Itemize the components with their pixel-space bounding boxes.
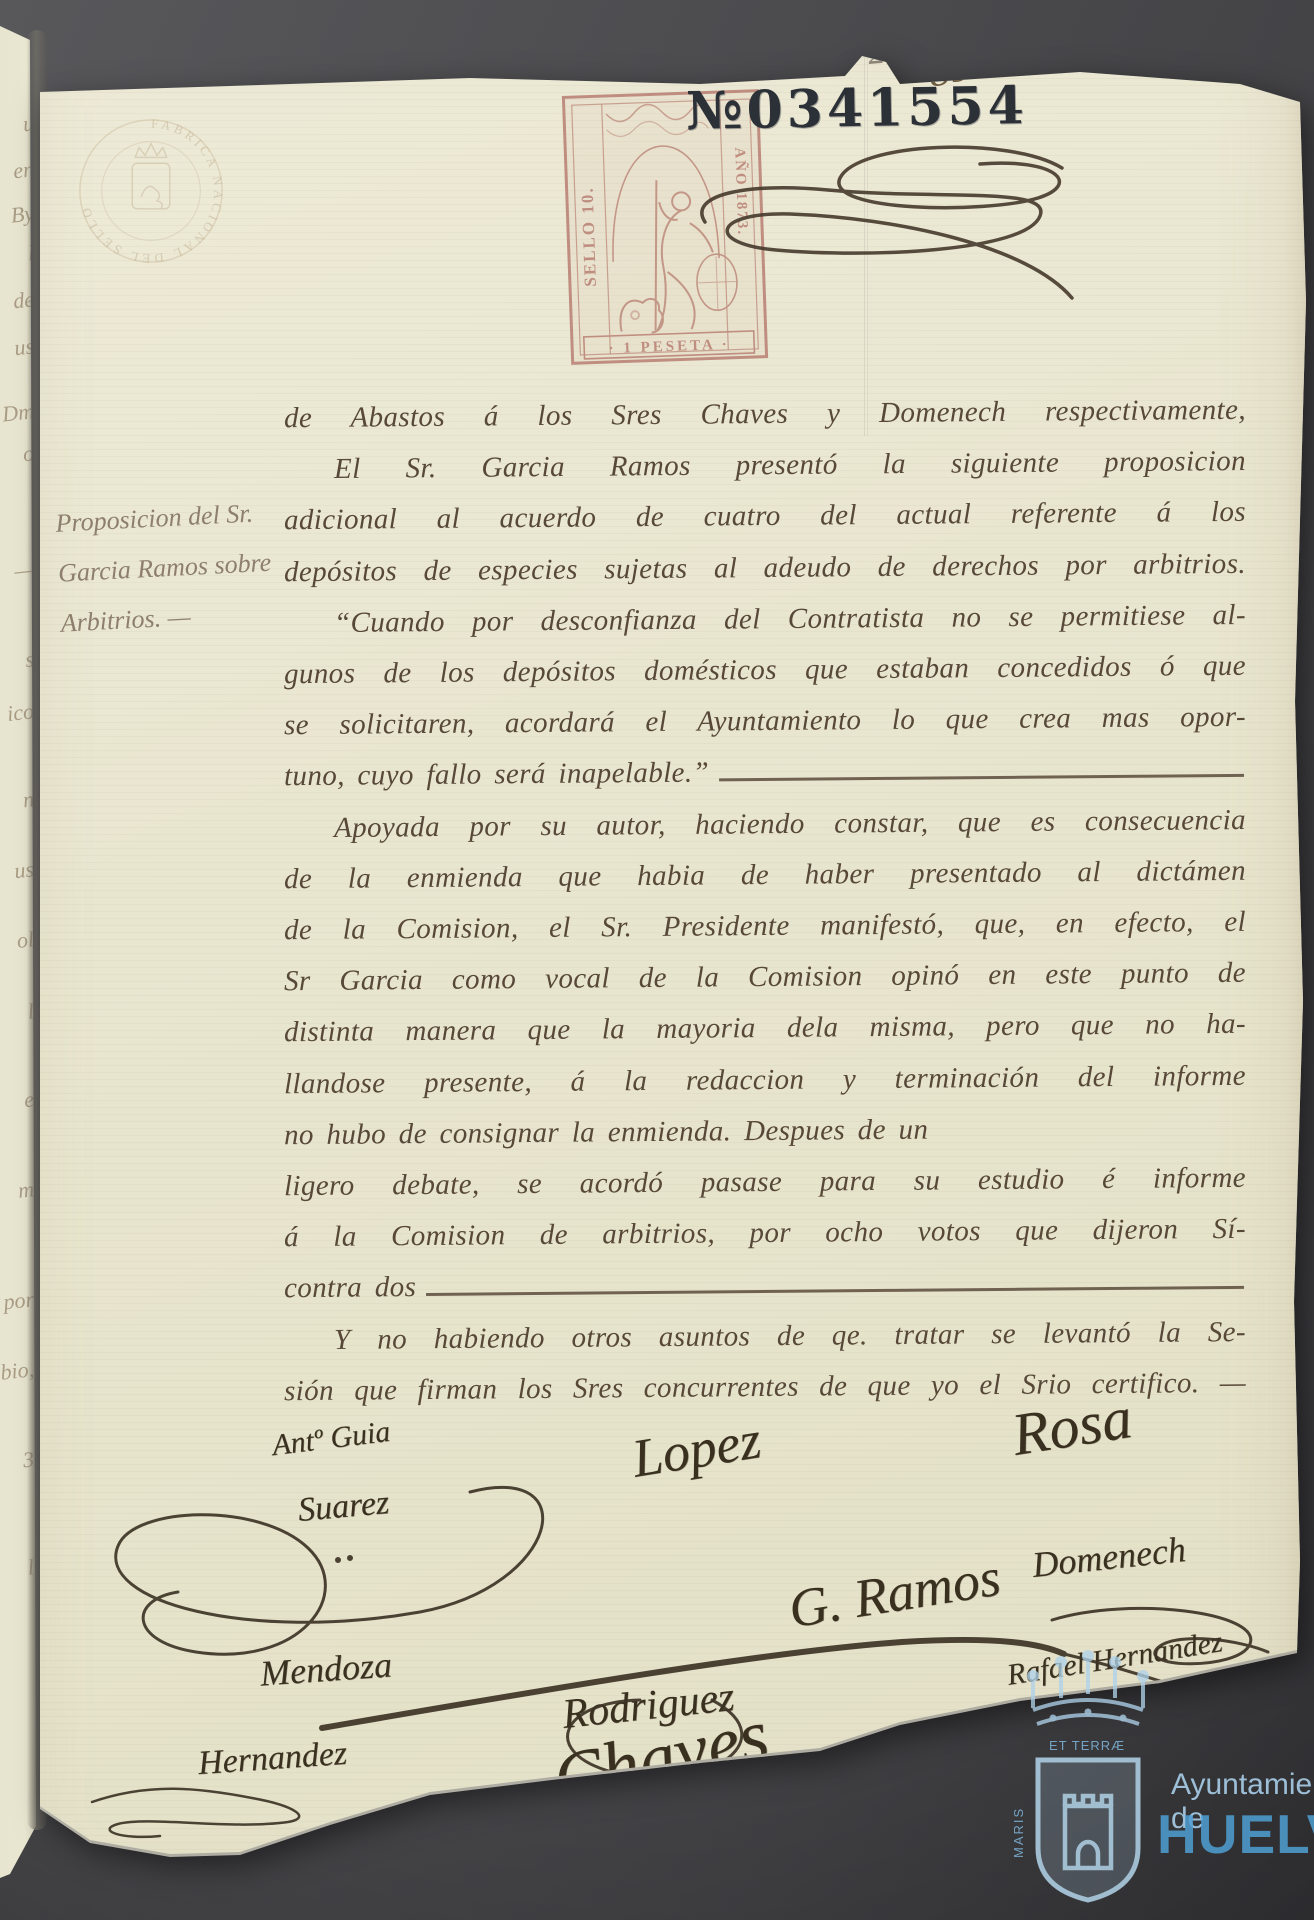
manuscript-line: “Cuando por desconfianza del Contratista…: [334, 599, 1246, 640]
manuscript-line: de la Comision, el Sr. Presidente manife…: [284, 906, 1246, 947]
manuscript-line: de la enmienda que habia de haber presen…: [284, 855, 1246, 896]
manuscript-line: se solicitaren, acordará el Ayuntamiento…: [284, 701, 1246, 742]
paper-sheet-wrap: FABRICA NACIONAL DEL SELLO: [0, 0, 1314, 1920]
manuscript-line: no hubo de consignar la enmienda. Despue…: [284, 1111, 1246, 1152]
manuscript-line: depósitos de especies sujetas al adeudo …: [284, 547, 1246, 588]
signature: Suarez: [297, 1484, 391, 1530]
manuscript-line: tuno, cuyo fallo será inapelable.”: [284, 752, 1246, 793]
closing-rule: [426, 1286, 1244, 1296]
manuscript-line: adicional al acuerdo de cuatro del actua…: [284, 496, 1246, 537]
manuscript-line: ligero debate, se acordó pasase para su …: [284, 1162, 1246, 1203]
manuscript-line: contra dos: [284, 1264, 1246, 1305]
manuscript-line: El Sr. Garcia Ramos presentó la siguient…: [334, 445, 1246, 486]
manuscript-line: llandose presente, á la redaccion y term…: [284, 1059, 1246, 1100]
manuscript-line-text: contra dos: [284, 1271, 417, 1305]
manuscript-line: Y no habiendo otros asuntos de qe. trata…: [334, 1316, 1246, 1357]
manuscript-line: gunos de los depósitos domésticos que es…: [284, 650, 1246, 691]
paper-sheet: FABRICA NACIONAL DEL SELLO: [0, 0, 1314, 1920]
manuscript-line: á la Comision de arbitrios, por ocho vot…: [284, 1213, 1246, 1254]
closing-rule: [719, 774, 1244, 782]
manuscript-line-text: tuno, cuyo fallo será inapelable.”: [284, 757, 709, 794]
manuscript-line: distinta manera que la mayoria dela mism…: [284, 1008, 1246, 1049]
manuscript-body: de Abastos á los Sres Chaves y Domenech …: [0, 0, 1314, 1920]
signature: Cárdenas: [1094, 1683, 1214, 1738]
manuscript-line: Apoyada por su autor, haciendo constar, …: [334, 804, 1246, 845]
scanned-document: uenByldeusDmo—siconusollemporbio,3l FABR…: [0, 0, 1314, 1920]
signature: Secretº.: [1120, 1770, 1199, 1809]
manuscript-line: de Abastos á los Sres Chaves y Domenech …: [284, 394, 1246, 435]
manuscript-line: Sr Garcia como vocal de la Comision opin…: [284, 957, 1246, 998]
